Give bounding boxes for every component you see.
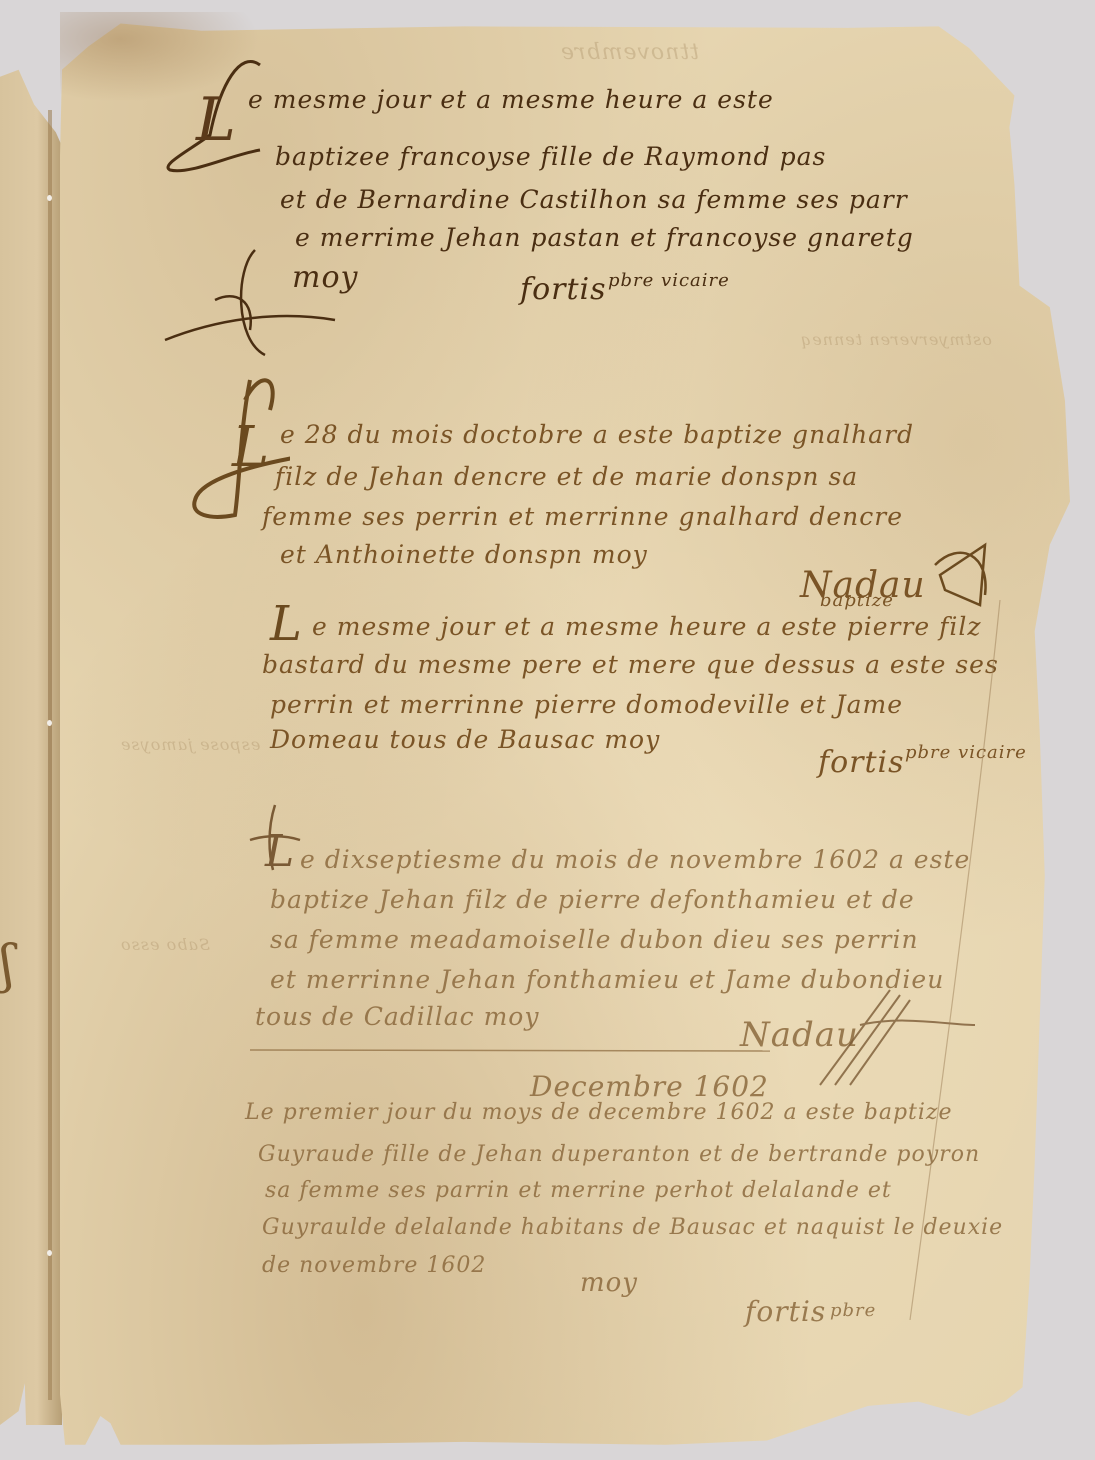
- entry-line: bastard du mesme pere et mere que dessus…: [262, 650, 999, 679]
- entry-line: Le premier jour du moys de decembre 1602…: [245, 1100, 953, 1125]
- entry-line: e dixseptiesme du mois de novembre 1602 …: [300, 845, 970, 874]
- left-facing-page: ʃ: [0, 35, 62, 1425]
- entry-initial: L: [265, 830, 294, 874]
- left-page-margin-glyph: ʃ: [0, 935, 14, 995]
- entry-line: e 28 du mois doctobre a este baptize gna…: [280, 420, 914, 449]
- signature-priest-title: pbre vicaire: [608, 270, 730, 291]
- bleed-through-text: ttnovembre: [560, 40, 699, 65]
- entry-line: e mesme jour et a mesme heure a este: [248, 85, 774, 114]
- entry-line: Domeau tous de Bausac moy: [270, 725, 660, 754]
- entry-line: et Anthoinette donspn moy: [280, 540, 648, 569]
- entry-line: tous de Cadillac moy: [255, 1002, 539, 1031]
- entry-line: filz de Jehan dencre et de marie donspn …: [275, 462, 858, 491]
- entry-line: Guyraude fille de Jehan duperanton et de…: [258, 1142, 980, 1167]
- signature-priest: fortis: [745, 1295, 826, 1328]
- entry-line: baptizee francoyse fille de Raymond pas: [275, 142, 826, 171]
- binding-hole: [47, 195, 52, 201]
- entry-line: baptize Jehan filz de pierre defonthamie…: [270, 885, 915, 914]
- entry-line: de novembre 1602: [262, 1253, 486, 1278]
- entry-line: et de Bernardine Castilhon sa femme ses …: [280, 185, 908, 214]
- entry-line: e mesme jour et a mesme heure a este pie…: [312, 612, 982, 641]
- entry-line: sa femme meadamoiselle dubon dieu ses pe…: [270, 925, 919, 954]
- signature-moy: moy: [580, 1268, 638, 1298]
- bleed-through-text: espose jamoyse: [120, 735, 260, 754]
- entry-initial: L: [270, 600, 302, 648]
- entry-line: e merrime Jehan pastan et francoyse gnar…: [295, 223, 914, 252]
- entry-initial: L: [196, 90, 236, 150]
- page-gutter: [48, 110, 52, 1400]
- interlinear-insertion: baptize: [820, 590, 894, 611]
- signature-priest-title: pbre: [830, 1300, 876, 1321]
- binding-hole: [47, 720, 52, 726]
- signature-priest: fortis: [818, 745, 905, 780]
- binding-hole: [47, 1250, 52, 1256]
- entry-line: sa femme ses parrin et merrine perhot de…: [265, 1178, 892, 1203]
- month-heading: Decembre 1602: [530, 1070, 769, 1103]
- entry-initial: L: [232, 420, 269, 476]
- entry-line: femme ses perrin et merrinne gnalhard de…: [262, 502, 903, 531]
- bleed-through-text: ostmyerveren tenneq: [800, 330, 992, 349]
- entry-line: et merrinne Jehan fonthamieu et Jame dub…: [270, 965, 944, 994]
- signature-priest-title: pbre vicaire: [905, 742, 1027, 763]
- signature-witness: Nadau: [740, 1015, 859, 1055]
- signature-priest: fortis: [520, 272, 607, 307]
- bleed-through-text: Sabo esso: [120, 935, 210, 954]
- manuscript-photo: ʃ ttnovembre espose jamoyse Sabo esso os…: [0, 0, 1095, 1460]
- entry-line: Guyraulde delalande habitans de Bausac e…: [262, 1215, 1003, 1240]
- entry-line: perrin et merrinne pierre domodeville et…: [270, 690, 903, 719]
- signature-moy: moy: [292, 260, 358, 295]
